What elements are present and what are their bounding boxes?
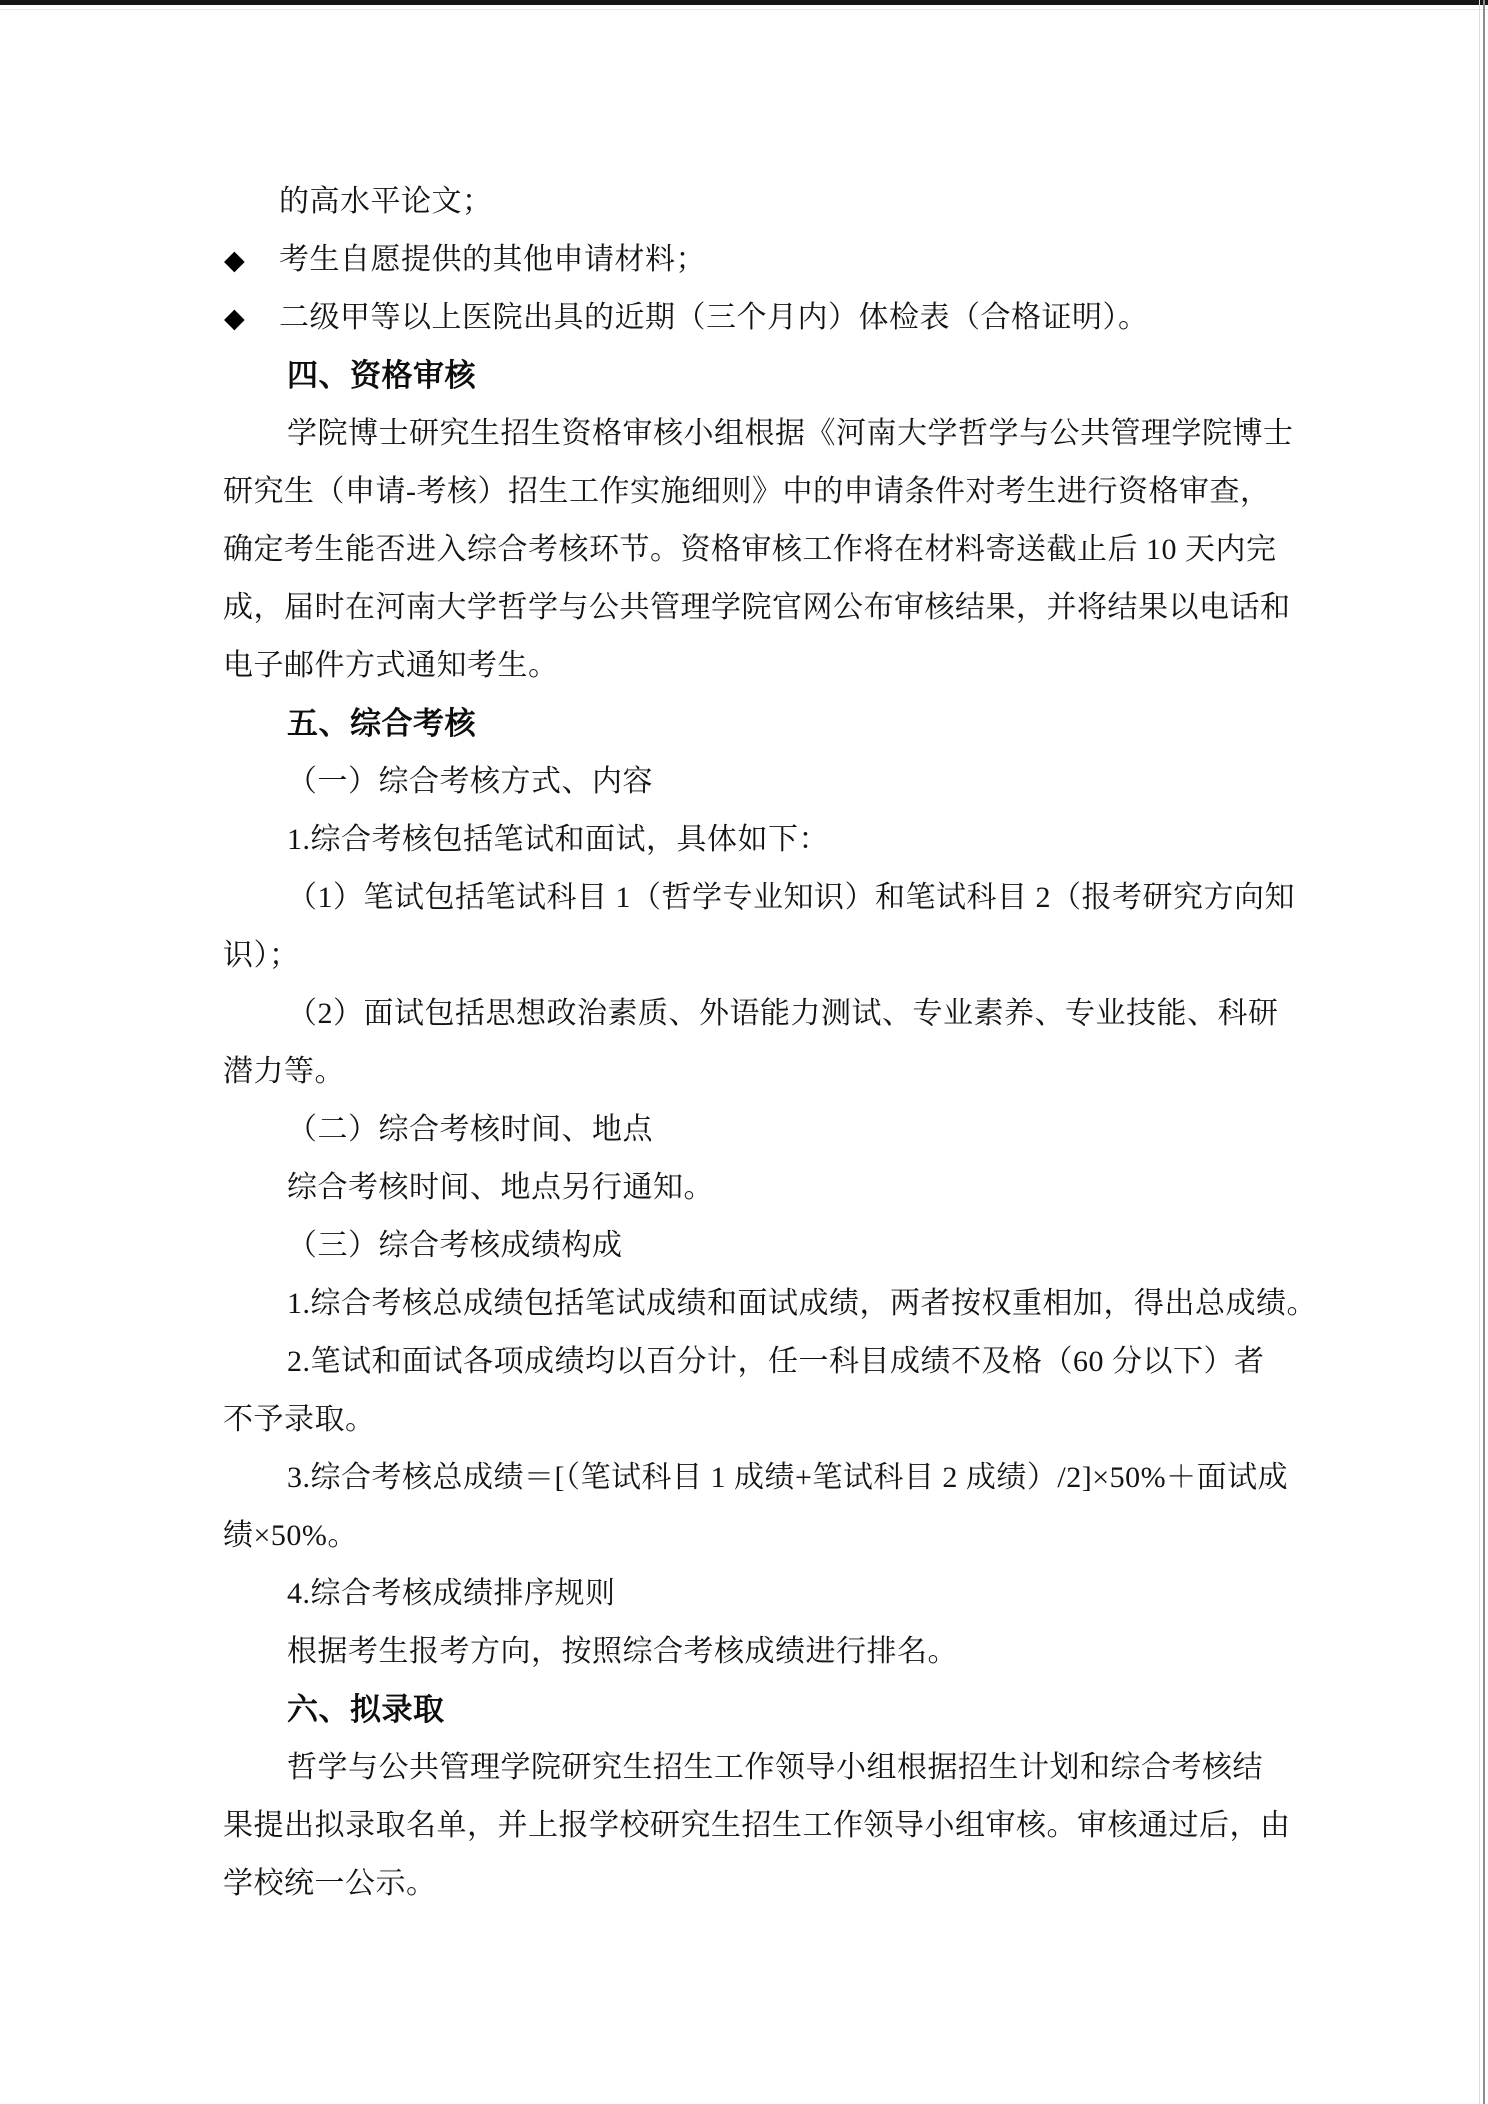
body-line: （一）综合考核方式、内容: [0, 753, 1488, 811]
bullet-item: ◆考生自愿提供的其他申请材料；: [0, 231, 1488, 289]
body-line: （二）综合考核时间、地点: [0, 1101, 1488, 1159]
heading-line: 五、综合考核: [0, 695, 1488, 753]
body-line: 确定考生能否进入综合考核环节。资格审核工作将在材料寄送截止后 10 天内完: [0, 521, 1488, 579]
top-hairline: [0, 9, 1488, 10]
body-line: 潜力等。: [0, 1043, 1488, 1101]
body-line: 4.综合考核成绩排序规则: [0, 1565, 1488, 1623]
body-line: 3.综合考核总成绩＝[（笔试科目 1 成绩+笔试科目 2 成绩）/2]×50%＋…: [0, 1449, 1488, 1507]
body-line: 1.综合考核总成绩包括笔试成绩和面试成绩，两者按权重相加，得出总成绩。: [0, 1275, 1488, 1333]
body-line: 成，届时在河南大学哲学与公共管理学院官网公布审核结果，并将结果以电话和: [0, 579, 1488, 637]
bullet-item: ◆二级甲等以上医院出具的近期（三个月内）体检表（合格证明）。: [0, 289, 1488, 347]
body-line: 果提出拟录取名单，并上报学校研究生招生工作领导小组审核。审核通过后，由: [0, 1797, 1488, 1855]
document-lines: 的高水平论文；◆考生自愿提供的其他申请材料；◆二级甲等以上医院出具的近期（三个月…: [0, 173, 1488, 1913]
body-line: 识）；: [0, 927, 1488, 985]
body-line: 的高水平论文；: [0, 173, 1488, 231]
body-line: （1）笔试包括笔试科目 1（哲学专业知识）和笔试科目 2（报考研究方向知: [0, 869, 1488, 927]
body-line: 绩×50%。: [0, 1507, 1488, 1565]
diamond-bullet-icon: ◆: [224, 232, 279, 290]
body-line: 研究生（申请-考核）招生工作实施细则》中的申请条件对考生进行资格审查，: [0, 463, 1488, 521]
body-line: 学校统一公示。: [0, 1855, 1488, 1913]
document-page: 的高水平论文；◆考生自愿提供的其他申请材料；◆二级甲等以上医院出具的近期（三个月…: [0, 0, 1488, 2104]
line-text: 二级甲等以上医院出具的近期（三个月内）体检表（合格证明）。: [279, 301, 1149, 334]
top-border-bar: [0, 0, 1488, 5]
body-line: 学院博士研究生招生资格审核小组根据《河南大学哲学与公共管理学院博士: [0, 405, 1488, 463]
body-line: 哲学与公共管理学院研究生招生工作领导小组根据招生计划和综合考核结: [0, 1739, 1488, 1797]
body-line: 1.综合考核包括笔试和面试，具体如下：: [0, 811, 1488, 869]
body-line: 根据考生报考方向，按照综合考核成绩进行排名。: [0, 1623, 1488, 1681]
body-line: 电子邮件方式通知考生。: [0, 637, 1488, 695]
body-line: 不予录取。: [0, 1391, 1488, 1449]
body-line: 综合考核时间、地点另行通知。: [0, 1159, 1488, 1217]
diamond-bullet-icon: ◆: [224, 290, 279, 348]
body-line: （2）面试包括思想政治素质、外语能力测试、专业素养、专业技能、科研: [0, 985, 1488, 1043]
body-line: （三）综合考核成绩构成: [0, 1217, 1488, 1275]
body-line: 2.笔试和面试各项成绩均以百分计，任一科目成绩不及格（60 分以下）者: [0, 1333, 1488, 1391]
line-text: 考生自愿提供的其他申请材料；: [279, 243, 706, 276]
heading-line: 四、资格审核: [0, 347, 1488, 405]
heading-line: 六、拟录取: [0, 1681, 1488, 1739]
